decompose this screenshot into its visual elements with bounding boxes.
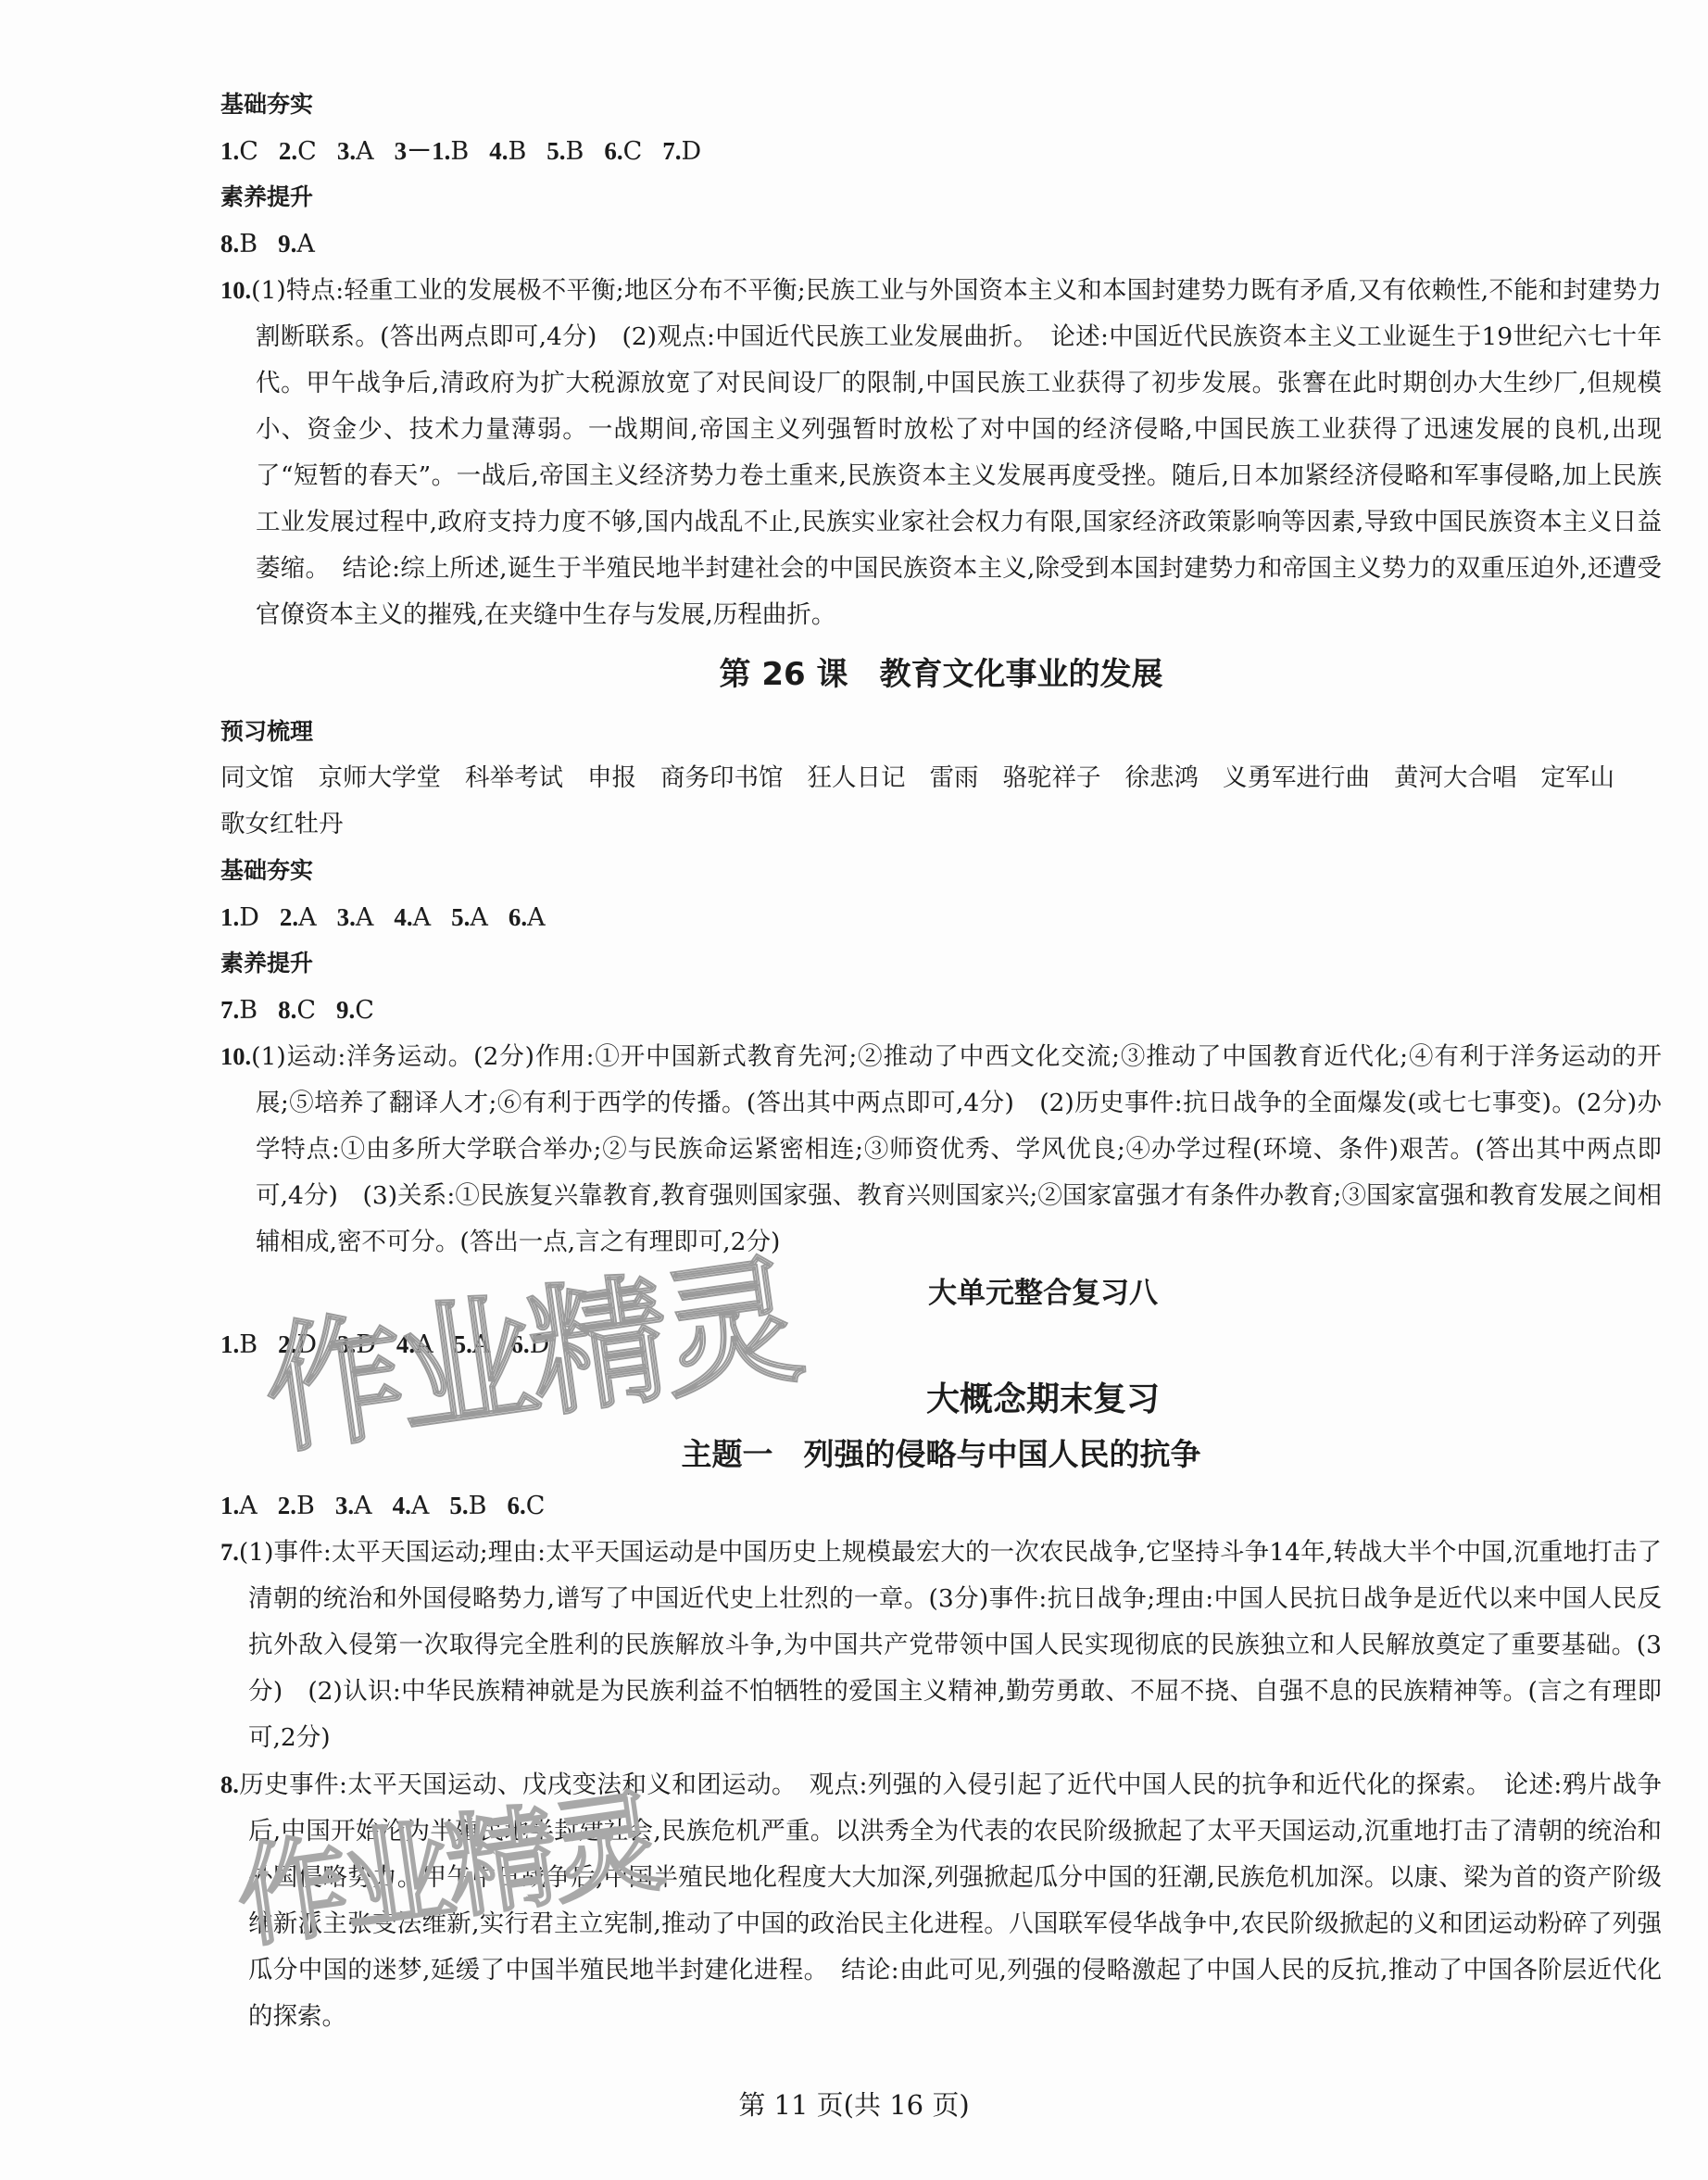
answer-row: 8.B9.A: [220, 221, 1662, 267]
answer-row: 7.B8.C9.C: [220, 987, 1662, 1033]
preview-term: 商务印书馆: [660, 763, 784, 792]
preview-term: 定军山: [1541, 763, 1615, 792]
answer-item: 2.B: [278, 1492, 315, 1520]
answer-item: 4.A: [396, 1330, 433, 1359]
answer-item: 4.B: [489, 137, 526, 166]
preview-term: 同文馆: [220, 763, 295, 792]
answer-item: 4.A: [393, 1492, 430, 1520]
answer-item: 3.D: [337, 1330, 376, 1359]
answer-item: 5.B: [449, 1492, 486, 1520]
unit-review-title: 大单元整合复习八: [220, 1266, 1662, 1321]
improve-heading: 素养提升: [220, 940, 1662, 987]
answer-item: 2.C: [279, 137, 317, 166]
answer-item: 4.A: [394, 903, 431, 932]
answer-item: 5.A: [451, 903, 488, 932]
answer-item: 6.C: [507, 1492, 545, 1520]
page-number: 第 11 页(共 16 页): [0, 2086, 1708, 2123]
answer-item: 2.A: [280, 903, 317, 932]
answer-item: 5.A: [454, 1330, 491, 1359]
preview-term: 义勇军进行曲: [1223, 763, 1370, 792]
answer-item: 6.A: [509, 903, 546, 932]
preview-term: 狂人日记: [808, 763, 906, 792]
question-7-answer: 7.(1)事件:太平天国运动;理由:太平天国运动是中国历史上规模最宏大的一次农民…: [220, 1529, 1662, 1761]
preview-heading: 预习梳理: [220, 709, 1662, 755]
answer-item: 3.A: [337, 137, 374, 166]
answer-row: 1.D2.A3.A4.A5.A6.A: [220, 894, 1662, 940]
answer-item: 6.D: [510, 1330, 549, 1359]
theme-title: 主题一 列强的侵略与中国人民的抗争: [220, 1429, 1662, 1482]
answer-item: 1.A: [220, 1492, 257, 1520]
preview-term: 黄河大合唱: [1394, 763, 1517, 792]
answer-item: 8.B: [220, 230, 257, 258]
answer-item: 3.A: [337, 903, 374, 932]
answer-item: 8.C: [278, 996, 316, 1025]
preview-term: 骆驼祥子: [1003, 763, 1101, 792]
answer-item: 9.A: [278, 230, 315, 258]
preview-term: 申报: [587, 763, 636, 792]
basic-heading: 基础夯实: [220, 82, 1662, 128]
answer-item: 6.C: [604, 137, 642, 166]
answer-item: 1.B: [220, 1330, 257, 1359]
question-10-answer: 10.(1)运动:洋务运动。(2分)作用:①开中国新式教育先河;②推动了中西文化…: [220, 1033, 1662, 1266]
lesson-title: 第 26 课 教育文化事业的发展: [220, 638, 1662, 709]
answer-item: 2.D: [278, 1330, 317, 1359]
preview-terms: 同文馆京师大学堂科举考试申报商务印书馆狂人日记雷雨骆驼祥子徐悲鸿义勇军进行曲黄河…: [220, 755, 1662, 848]
question-8-answer: 8.历史事件:太平天国运动、戊戌变法和义和团运动。 观点:列强的入侵引起了近代中…: [220, 1761, 1662, 2040]
answer-item: 3－1.B: [395, 137, 470, 166]
answer-item: 5.B: [546, 137, 584, 166]
answer-item: 1.D: [220, 903, 259, 932]
basic-heading: 基础夯实: [220, 848, 1662, 894]
preview-term: 雷雨: [930, 763, 979, 792]
preview-term: 徐悲鸿: [1125, 763, 1199, 792]
answer-item: 3.A: [335, 1492, 372, 1520]
answer-row: 1.C2.C3.A3－1.B4.B5.B6.C7.D: [220, 128, 1662, 174]
preview-term: 科举考试: [465, 763, 563, 792]
answer-key-page: 基础夯实 1.C2.C3.A3－1.B4.B5.B6.C7.D 素养提升 8.B…: [220, 82, 1662, 2040]
answer-item: 9.C: [336, 996, 374, 1025]
answer-item: 1.C: [220, 137, 258, 166]
answer-row: 1.B2.D3.D4.A5.A6.D: [220, 1321, 1662, 1367]
final-review-title: 大概念期末复习: [220, 1367, 1662, 1429]
preview-term: 歌女红牡丹: [220, 810, 344, 838]
answer-item: 7.B: [220, 996, 257, 1025]
answer-item: 7.D: [662, 137, 701, 166]
answer-row: 1.A2.B3.A4.A5.B6.C: [220, 1482, 1662, 1529]
question-10-answer: 10.(1)特点:轻重工业的发展极不平衡;地区分布不平衡;民族工业与外国资本主义…: [220, 267, 1662, 638]
preview-term: 京师大学堂: [319, 763, 442, 792]
improve-heading: 素养提升: [220, 174, 1662, 221]
